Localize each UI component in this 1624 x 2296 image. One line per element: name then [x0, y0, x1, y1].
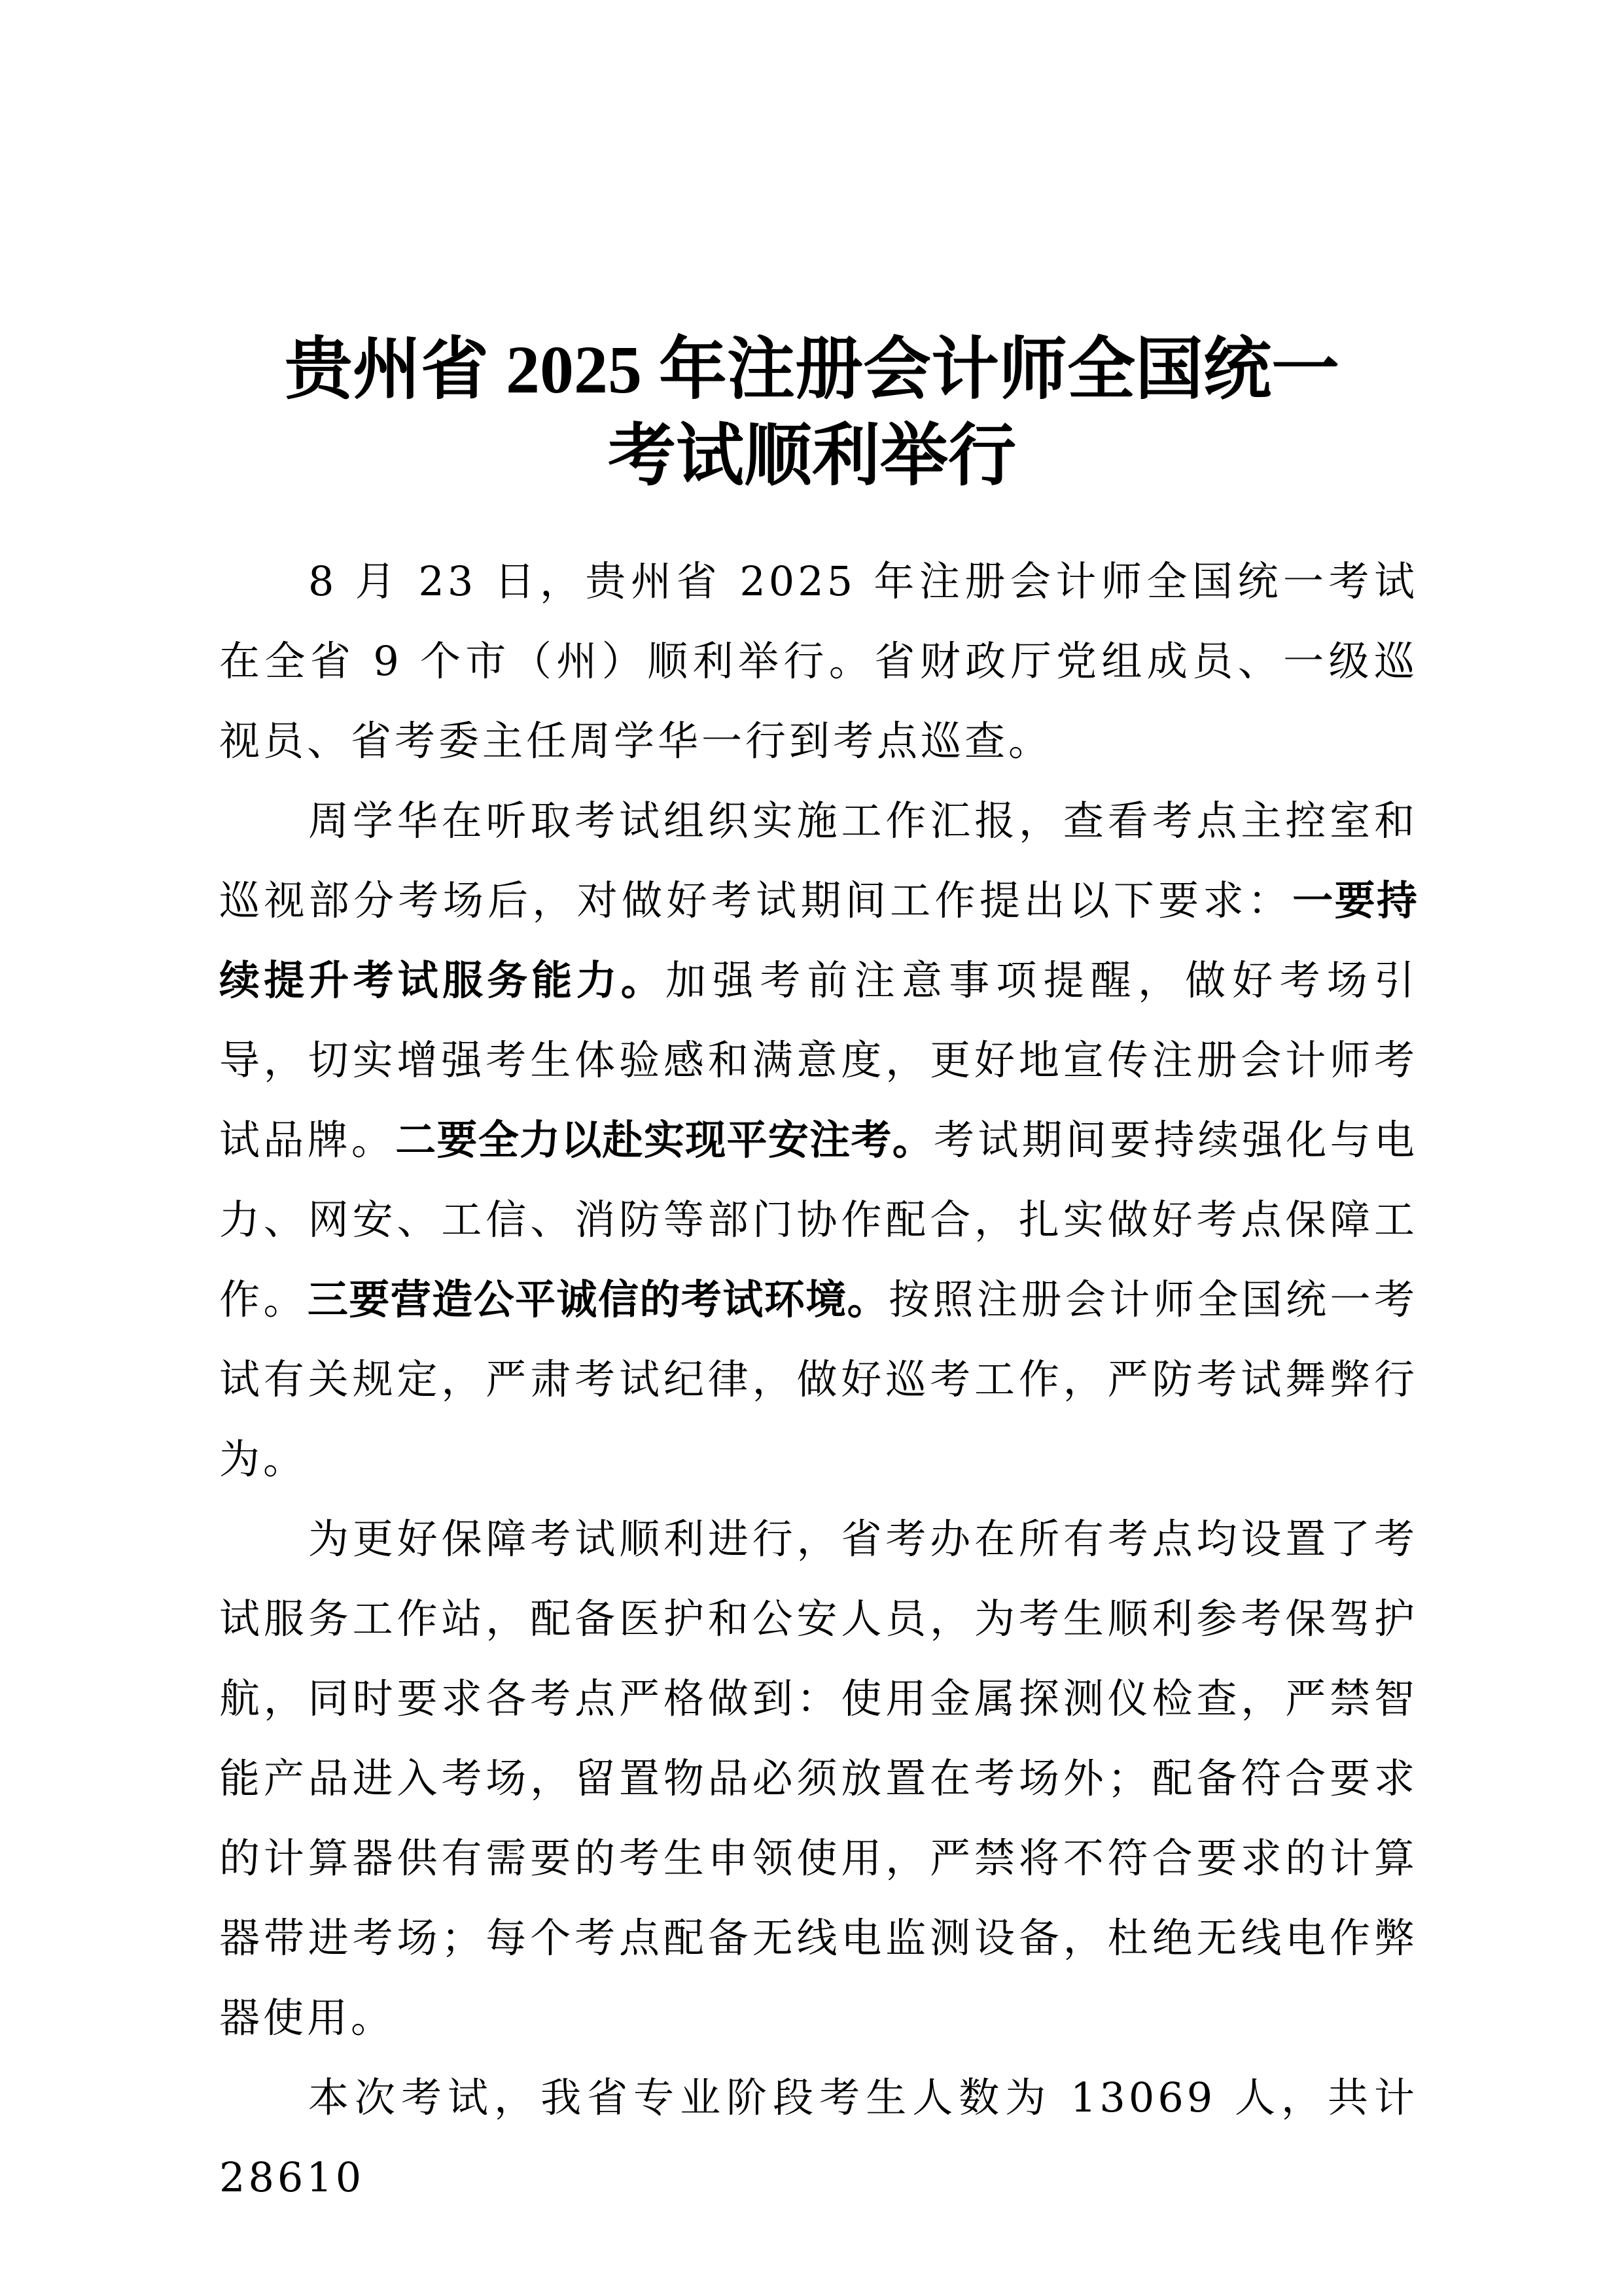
- paragraph-3-text: 为更好保障考试顺利进行，省考办在所有考点均设置了考试服务工作站，配备医护和公安人…: [219, 1515, 1418, 2042]
- paragraph-1-text: 8 月 23 日，贵州省 2025 年注册会计师全国统一考试在全省 9 个市（州…: [219, 557, 1418, 765]
- paragraph-1: 8 月 23 日，贵州省 2025 年注册会计师全国统一考试在全省 9 个市（州…: [219, 542, 1418, 781]
- document-title: 贵州省 2025 年注册会计师全国统一 考试顺利举行: [0, 327, 1624, 500]
- title-line-1: 贵州省 2025 年注册会计师全国统一: [0, 327, 1624, 413]
- paragraph-2-intro: 周学华在听取考试组织实施工作汇报，查看考点主控室和巡视部分考场后，对做好考试期间…: [219, 797, 1418, 924]
- title-line-2: 考试顺利举行: [0, 413, 1624, 500]
- requirement-3-heading: 三要营造公平诚信的考试环境。: [308, 1276, 889, 1323]
- paragraph-4: 本次考试，我省专业阶段考生人数为 13069 人，共计 28610: [219, 2058, 1418, 2218]
- document-body: 8 月 23 日，贵州省 2025 年注册会计师全国统一考试在全省 9 个市（州…: [219, 542, 1418, 2218]
- paragraph-2: 周学华在听取考试组织实施工作汇报，查看考点主控室和巡视部分考场后，对做好考试期间…: [219, 781, 1418, 1499]
- paragraph-4-text: 本次考试，我省专业阶段考生人数为 13069 人，共计 28610: [219, 2074, 1418, 2201]
- requirement-2-heading: 二要全力以赴实现平安注考。: [395, 1116, 934, 1164]
- paragraph-3: 为更好保障考试顺利进行，省考办在所有考点均设置了考试服务工作站，配备医护和公安人…: [219, 1499, 1418, 2058]
- document-page: 贵州省 2025 年注册会计师全国统一 考试顺利举行 8 月 23 日，贵州省 …: [0, 0, 1624, 2296]
